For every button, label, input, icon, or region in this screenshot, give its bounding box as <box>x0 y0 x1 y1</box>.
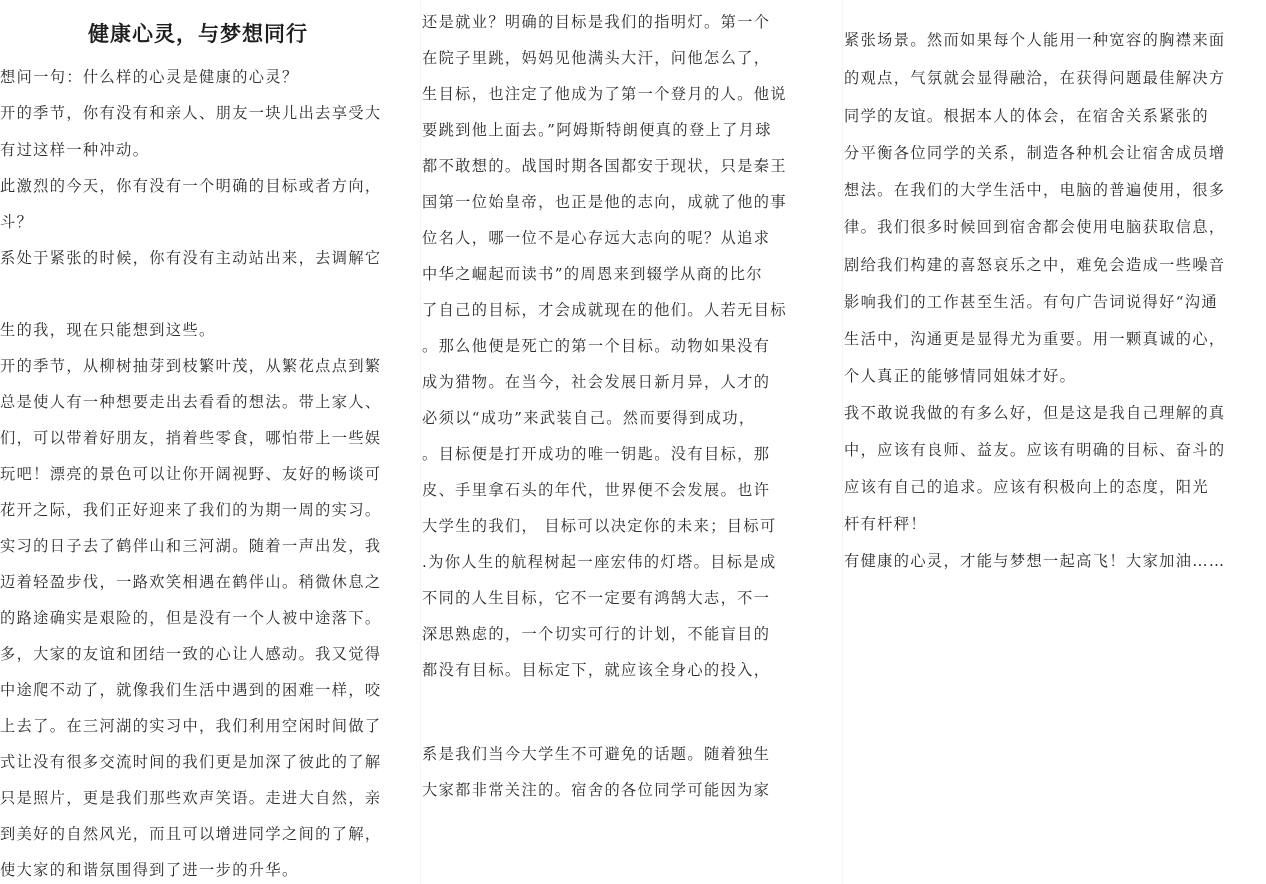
text-line: 国第一位始皇帝，也正是他的志向，成就了他的事 <box>422 192 787 212</box>
text-line: 系是我们当今大学生不可避免的话题。随着独生 <box>422 744 770 764</box>
text-line: 不同的人生目标，它不一定要有鸿鹄大志，不一 <box>422 588 770 608</box>
text-line: 有过这样一种冲动。 <box>0 140 149 160</box>
text-line: 应该有自己的追求。应该有积极向上的态度，阳光 <box>844 477 1209 497</box>
text-line: 系处于紧张的时候，你有没有主动站出来，去调解它 <box>0 248 382 268</box>
text-line: 迈着轻盈步伐，一路欢笑相遇在鹤伴山。稍微休息之 <box>0 572 382 592</box>
text-line: 在院子里跳，妈妈见他满头大汗，问他怎么了， <box>422 48 770 68</box>
text-line: 必须以“成功”来武装自己。然而要得到成功， <box>422 408 756 428</box>
text-line: 成为猎物。在当今，社会发展日新月异，人才的 <box>422 372 770 392</box>
document-title: 健康心灵，与梦想同行 <box>88 18 308 48</box>
text-line: 深思熟虑的，一个切实可行的计划，不能盲目的 <box>422 624 770 644</box>
text-line: 中华之崛起而读书”的周恩来到辍学从商的比尔 <box>422 264 763 284</box>
text-line: 只是照片，更是我们那些欢声笑语。走进大自然，亲 <box>0 788 382 808</box>
text-line: 想法。在我们的大学生活中，电脑的普遍使用，很多 <box>844 180 1226 200</box>
text-line: 生活中，沟通更是显得尤为重要。用一颗真诚的心， <box>844 329 1226 349</box>
text-line: 杆有杆秤！ <box>844 514 927 534</box>
text-line: 斗？ <box>0 212 33 232</box>
text-line: 了自己的目标，才会成就现在的他们。人若无目标 <box>422 300 787 320</box>
text-line: 。那么他便是死亡的第一个目标。动物如果没有 <box>422 336 770 356</box>
text-line: 生的我，现在只能想到这些。 <box>0 320 216 340</box>
text-line: 紧张场景。然而如果每个人能用一种宽容的胸襟来面 <box>844 30 1226 50</box>
text-line: 总是使人有一种想要走出去看看的想法。带上家人、 <box>0 392 382 412</box>
text-line: 上去了。在三河湖的实习中，我们利用空闲时间做了 <box>0 716 382 736</box>
text-line: 有健康的心灵，才能与梦想一起高飞！大家加油…… <box>844 551 1226 571</box>
text-line: 到美好的自然风光，而且可以增进同学之间的了解， <box>0 824 382 844</box>
text-line: 大学生的我们， 目标可以决定你的未来；目标可 <box>422 516 777 536</box>
text-line: 式让没有很多交流时间的我们更是加深了彼此的了解 <box>0 752 382 772</box>
text-line: 同学的友谊。根据本人的体会，在宿舍关系紧张的 <box>844 106 1209 126</box>
text-line: 影响我们的工作甚至生活。有句广告词说得好“沟通 <box>844 292 1218 312</box>
text-line: 开的季节，从柳树抽芽到枝繁叶茂，从繁花点点到繁 <box>0 356 382 376</box>
text-line: 还是就业？明确的目标是我们的指明灯。第一个 <box>422 12 770 32</box>
text-line: 多，大家的友谊和团结一致的心让人感动。我又觉得 <box>0 644 382 664</box>
text-line: 中，应该有良师、益友。应该有明确的目标、奋斗的 <box>844 440 1226 460</box>
text-line: 实习的日子去了鹤伴山和三河湖。随着一声出发，我 <box>0 536 382 556</box>
text-line: 都没有目标。目标定下，就应该全身心的投入， <box>422 660 770 680</box>
text-line: 花开之际，我们正好迎来了我们的为期一周的实习。 <box>0 500 382 520</box>
text-line: 的路途确实是艰险的，但是没有一个人被中途落下。 <box>0 608 382 628</box>
text-line: 的观点，气氛就会显得融洽，在获得问题最佳解决方 <box>844 68 1226 88</box>
document-strip-middle: 还是就业？明确的目标是我们的指明灯。第一个在院子里跳，妈妈见他满头大汗，问他怎么… <box>420 0 844 884</box>
text-line: 律。我们很多时候回到宿舍都会使用电脑获取信息， <box>844 217 1226 237</box>
document-strip-left: 健康心灵，与梦想同行 想问一句：什么样的心灵是健康的心灵？开的季节，你有没有和亲… <box>0 0 424 884</box>
text-line: 都不敢想的。战国时期各国都安于现状，只是秦王 <box>422 156 787 176</box>
text-line: 们，可以带着好朋友，捎着些零食，哪怕带上一些娱 <box>0 428 382 448</box>
text-line: 皮、手里拿石头的年代，世界便不会发展。也许 <box>422 480 770 500</box>
text-line: 位名人，哪一位不是心存远大志向的呢？从追求 <box>422 228 770 248</box>
text-line: 个人真正的能够情同姐妹才好。 <box>844 366 1076 386</box>
text-line: 分平衡各位同学的关系，制造各种机会让宿舍成员增 <box>844 143 1226 163</box>
scan-edge-divider <box>842 0 843 884</box>
text-line: 我不敢说我做的有多么好，但是这是我自己理解的真 <box>844 403 1226 423</box>
document-strip-right: 紧张场景。然而如果每个人能用一种宽容的胸襟来面的观点，气氛就会显得融洽，在获得问… <box>842 0 1266 884</box>
text-line: 玩吧！漂亮的景色可以让你开阔视野、友好的畅谈可 <box>0 464 382 484</box>
text-line: 要跳到他上面去。”阿姆斯特朗便真的登上了月球 <box>422 120 772 140</box>
text-line: 。目标便是打开成功的唯一钥匙。没有目标，那 <box>422 444 770 464</box>
text-line: 剧给我们构建的喜怒哀乐之中，难免会造成一些噪音 <box>844 255 1226 275</box>
text-line: 生目标，也注定了他成为了第一个登月的人。他说 <box>422 84 787 104</box>
scan-edge-divider <box>420 0 421 884</box>
text-line: 想问一句：什么样的心灵是健康的心灵？ <box>0 67 299 87</box>
text-line: 大家都非常关注的。宿舍的各位同学可能因为家 <box>422 780 770 800</box>
text-line: 开的季节，你有没有和亲人、朋友一块儿出去享受大 <box>0 103 382 123</box>
text-line: 此激烈的今天，你有没有一个明确的目标或者方向， <box>0 176 382 196</box>
text-line: 中途爬不动了，就像我们生活中遇到的困难一样，咬 <box>0 680 382 700</box>
text-line: 使大家的和谐氛围得到了进一步的升华。 <box>0 860 299 880</box>
text-line: .为你人生的航程树起一座宏伟的灯塔。目标是成 <box>422 552 777 572</box>
